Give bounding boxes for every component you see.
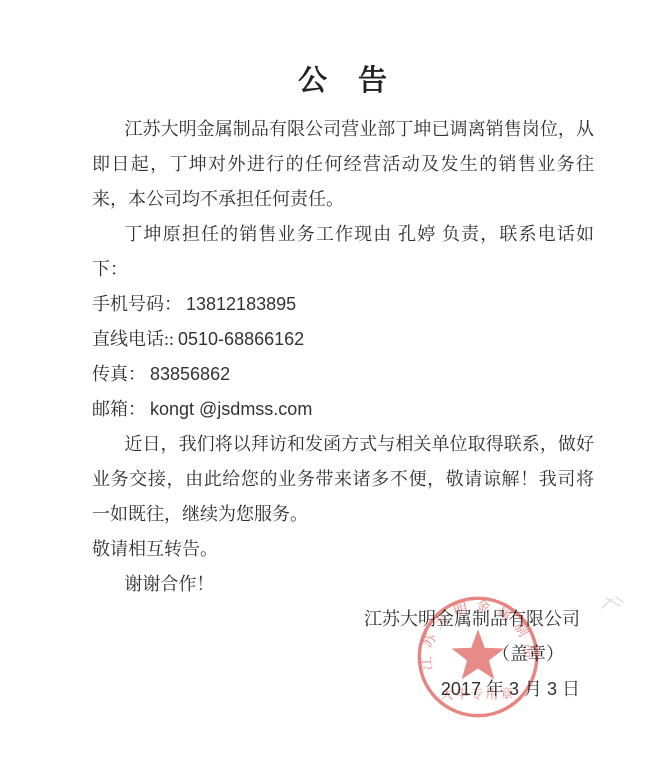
contact-fax: 传真：83856862 (92, 357, 594, 392)
signature-company: 江苏大明金属制品有限公司 (92, 602, 580, 637)
signature-date: 2017 年 3 月 3 日 (92, 672, 580, 707)
document-title: 公 告 (92, 60, 594, 102)
contact-mobile-label: 手机号码： (92, 294, 182, 314)
contact-mobile-value: 13812183895 (186, 294, 296, 314)
contact-mobile: 手机号码：13812183895 (92, 287, 594, 322)
contact-fax-label: 传真： (92, 364, 146, 384)
contact-email-value: kongt @jsdmss.com (150, 399, 312, 419)
paragraph-successor: 丁坤原担任的销售业务工作现由 孔婷 负责，联系电话如下： (92, 217, 594, 287)
paragraph-disclaimer: 江苏大明金属制品有限公司营业部丁坤已调离销售岗位，从即日起，丁坤对外进行的任何经… (92, 112, 594, 217)
thanks-line: 谢谢合作！ (92, 567, 594, 602)
scanned-announcement-page: 公 告 江苏大明金属制品有限公司营业部丁坤已调离销售岗位，从即日起，丁坤对外进行… (0, 0, 664, 772)
contact-fax-value: 83856862 (150, 364, 230, 384)
contact-landline: 直线电话::0510-68866162 (92, 322, 594, 357)
signature-block: 江苏大明金属制品有限公司 （盖章） 2017 年 3 月 3 日 (92, 602, 594, 707)
notice-line: 敬请相互转告。 (92, 532, 594, 567)
signature-seal-note: （盖章） (92, 637, 580, 672)
contact-email-label: 邮箱： (92, 399, 146, 419)
paragraph-transition: 近日，我们将以拜访和发函方式与相关单位取得联系，做好业务交接，由此给您的业务带来… (92, 427, 594, 532)
contact-landline-label: 直线电话:: (92, 329, 174, 349)
document-body: 公 告 江苏大明金属制品有限公司营业部丁坤已调离销售岗位，从即日起，丁坤对外进行… (92, 48, 594, 707)
contact-email: 邮箱：kongt @jsdmss.com (92, 392, 594, 427)
contact-landline-value: 0510-68866162 (178, 329, 304, 349)
scan-smudge-artifact (596, 592, 630, 618)
